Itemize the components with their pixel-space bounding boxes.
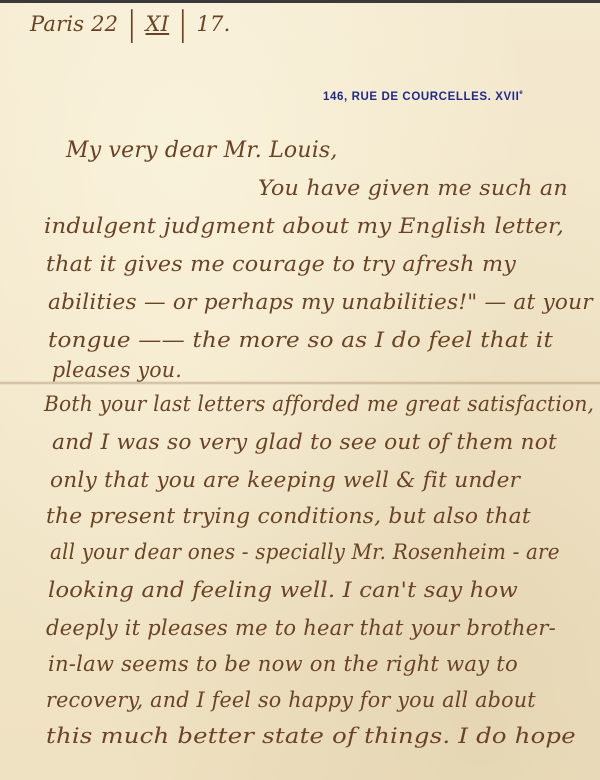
date-month: XI (146, 12, 170, 36)
body-line: tongue —— the more so as I do feel that … (48, 328, 553, 352)
body-line: You have given me such an (258, 176, 568, 200)
body-line: and I was so very glad to see out of the… (52, 430, 557, 454)
body-line: all your dear ones - specially Mr. Rosen… (50, 540, 560, 564)
body-line: Both your last letters afforded me great… (44, 392, 594, 416)
date-separator: | (128, 5, 135, 43)
body-line: looking and feeling well. I can't say ho… (48, 578, 518, 602)
body-line: that it gives me courage to try afresh m… (46, 252, 516, 276)
salutation: My very dear Mr. Louis, (66, 138, 338, 163)
letter-page: Paris 22|XI|17. 146, RUE DE COURCELLES. … (0, 0, 600, 780)
date-separator: | (179, 5, 186, 43)
body-line: this much better state of things. I do h… (46, 724, 576, 748)
body-line: in-law seems to be now on the right way … (48, 652, 518, 676)
letterhead-address-text: 146, RUE DE COURCELLES. XVII (323, 91, 519, 103)
body-line: only that you are keeping well & fit und… (50, 468, 520, 492)
body-line: pleases you. (52, 358, 182, 382)
body-line: abilities — or perhaps my unabilities!" … (48, 290, 593, 314)
body-line: recovery, and I feel so happy for you al… (46, 688, 536, 712)
dateline: Paris 22|XI|17. (30, 12, 230, 36)
body-line: indulgent judgment about my English lett… (44, 214, 564, 238)
body-line: the present trying conditions, but also … (46, 504, 531, 528)
letterhead-address-suffix: e (519, 90, 523, 96)
date-year: 17. (196, 12, 230, 36)
letterhead-address: 146, RUE DE COURCELLES. XVIIe (323, 91, 523, 103)
scan-top-edge (0, 0, 600, 3)
date-place: Paris 22 (30, 12, 118, 36)
body-line: deeply it pleases me to hear that your b… (46, 616, 556, 640)
